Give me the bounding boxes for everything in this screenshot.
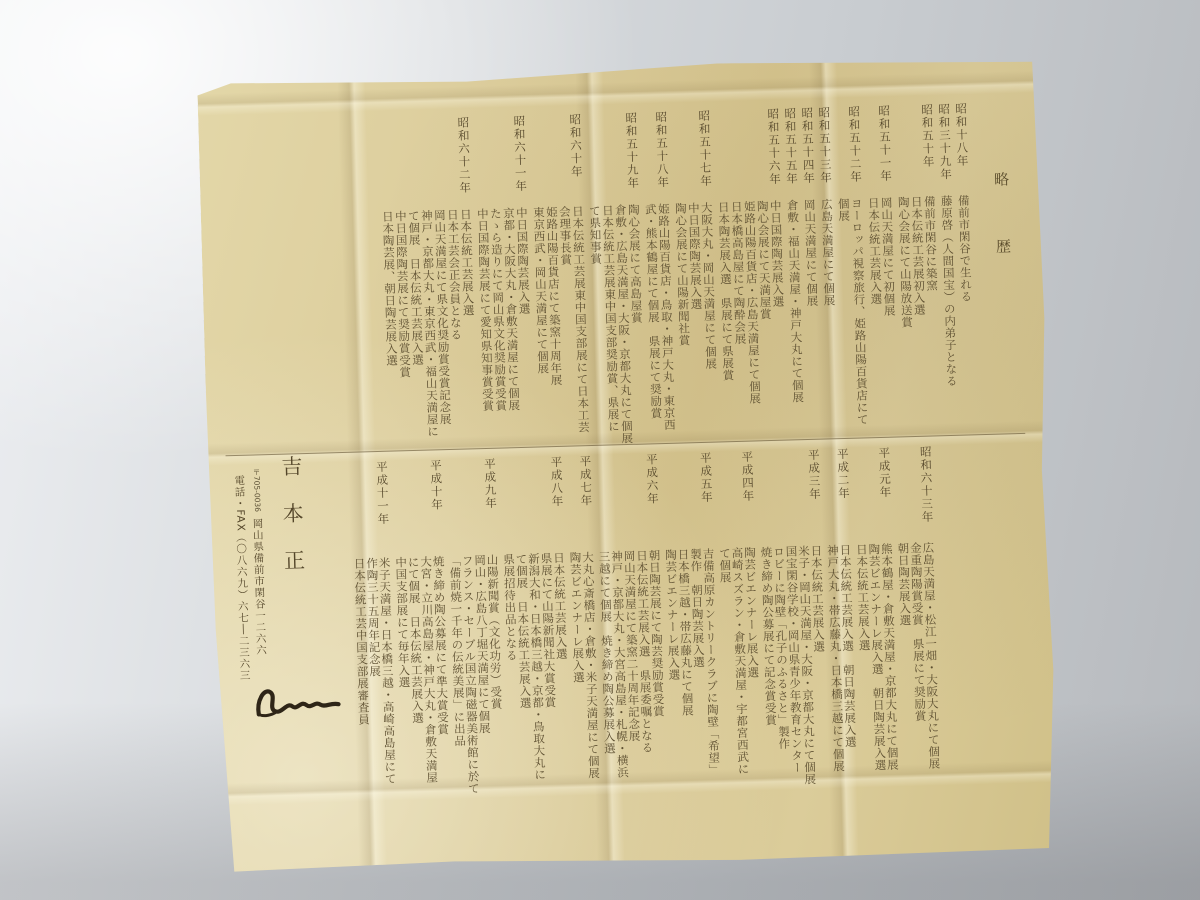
document-title: 略歴: [989, 101, 1020, 455]
entry-year: 昭和五十年: [920, 103, 935, 168]
entry-line: 備前市閑谷で生れる: [957, 194, 974, 302]
heisei-section: 昭和六十三年広島天満屋・松江一畑・大阪大丸にて個展金重陶陽賞受賞 県展にて奨励賞…: [346, 446, 943, 868]
heisei-entry: 平成三年日本伝統工芸展入選米子・岡山天満屋・大阪・京都大丸にて個展国宝閑谷学校・…: [757, 449, 831, 857]
postal-code: 〒705-0036: [251, 468, 263, 512]
entry-year: 平成十一年: [375, 461, 389, 526]
heisei-entry: 平成元年熊本鶴屋・倉敷天満屋・京都大丸にて個展陶芸ビエンナーレ展入選 朝日陶芸展…: [853, 447, 902, 854]
entry-year: 昭和六十一年: [512, 115, 527, 193]
showa-entry: 昭和五十年備前市閑谷に築窯日本伝統工芸展初入選陶心会展にて山陽放送賞: [894, 103, 943, 458]
biography-paper: 略歴 昭和十八年備前市閑谷で生れる昭和三十九年藤原啓（人間国宝）の内弟子となる昭…: [197, 54, 1061, 877]
heisei-entries: 昭和六十三年広島天満屋・松江一畑・大阪大丸にて個展金重陶陽賞受賞 県展にて奨励賞…: [350, 446, 943, 868]
heisei-entry: 平成五年吉備高原カントリークラブに陶壁「希望」製作 朝日陶芸展入選日本橋三越・帯…: [662, 452, 723, 859]
entry-year: 昭和五十六年: [766, 108, 781, 186]
entry-year: 昭和五十三年: [817, 106, 832, 184]
entry-year: 昭和五十九年: [624, 112, 639, 190]
heisei-entry: 平成四年陶芸ビエンナーレ展入選高崎スズラン・倉敷天満屋・宇都宮西武にて個展: [716, 451, 765, 858]
entry-line: て個展: [718, 547, 733, 583]
entry-year: 平成八年: [550, 456, 564, 508]
showa-entry: 昭和六十一年中日国際陶芸展入選京都・大阪大丸・倉敷天満屋にて個展たゝら造りにて岡…: [473, 115, 535, 470]
heisei-entry: 平成十年焼き締め陶公募展にて準大賞受賞大宮・立川高島屋・神戸大丸・倉敷天満屋にて…: [392, 459, 453, 866]
showa-entry: 昭和五十六年中日国際陶芸展入選陶心会展にて天満屋賞姫路山陽百貨店・広島天満屋にて…: [714, 108, 789, 464]
entry-year: 平成十年: [429, 459, 443, 511]
showa-entry: 昭和六十年日本伝統工芸展東中国支部展にて日本工芸会理事長賞姫路山陽百貨店にて築窯…: [529, 113, 591, 468]
entry-line: 県展招待出品となる: [502, 553, 519, 661]
heisei-entry: 平成十一年米子天満屋・日本橋三越・高崎高島屋にて作陶三十五周年記念展日本伝統工芸…: [350, 461, 399, 868]
entry-line: て県知事賞: [588, 205, 604, 265]
entry-year: 平成三年: [807, 449, 821, 501]
heisei-entry: 平成六年朝日陶芸展にて陶芸奨励賞受賞日本伝統工芸展入選 県展委嘱となる岡山天満屋…: [595, 453, 669, 861]
entry-year: 平成五年: [699, 452, 713, 504]
entry-line: 日本伝統工芸展入選: [867, 197, 884, 305]
entry-year: 昭和十八年: [954, 102, 969, 167]
address-text: 岡山県備前市閑谷一二六六: [251, 518, 267, 656]
entry-year: 平成四年: [741, 451, 755, 503]
entry-line: 広島天満屋にて個展: [820, 198, 837, 306]
handwritten-kao-mark: [248, 676, 349, 729]
entry-year: 平成七年: [579, 455, 593, 507]
entry-year: 平成六年: [645, 453, 659, 505]
heisei-entry: 平成八年日本伝統工芸展入選県展にて山陽新聞社大賞受賞新潟大和・日本橋三越・京都・…: [500, 456, 574, 864]
entry-year: 昭和六十二年: [456, 116, 471, 194]
entry-year: 平成二年: [836, 448, 850, 500]
showa-entry: 昭和六十二年日本伝統工芸展入選日本工芸会正会員となる岡山天満屋にて県文化奨励賞受…: [378, 116, 479, 472]
entry-line: 日本伝統工芸展入選: [855, 543, 872, 651]
entry-line: 藤原啓（人間国宝）の内弟子となる: [940, 195, 959, 387]
entry-line: 岡山天満屋にて個展: [803, 199, 820, 307]
showa-section: 略歴 昭和十八年備前市閑谷で生れる昭和三十九年藤原啓（人間国宝）の内弟子となる昭…: [374, 101, 1020, 473]
entry-year: 平成九年: [483, 458, 497, 510]
heisei-entry: 平成九年山陽新聞賞（文化功労）受賞岡山・広島八丁堀天満屋にて個展フランス・セーブ…: [446, 458, 507, 865]
showa-entries: 昭和十八年備前市閑谷で生れる昭和三十九年藤原啓（人間国宝）の内弟子となる昭和五十…: [378, 102, 977, 472]
entry-year: 昭和五十二年: [847, 105, 862, 183]
entry-year: 昭和五十四年: [800, 107, 815, 185]
entry-year: 昭和六十年: [568, 113, 583, 178]
entry-year: 昭和六十三年: [919, 446, 934, 524]
entry-year: 昭和五十一年: [877, 105, 892, 183]
showa-entry: 昭和五十七年大阪大丸・岡山天満屋にて個展中日国際陶芸展入選陶心会展にて山陽新聞社…: [671, 110, 720, 465]
heisei-entry: 昭和六十三年広島天満屋・松江一畑・大阪大丸にて個展金重陶陽賞受賞 県展にて奨励賞…: [894, 446, 943, 853]
entry-year: 昭和五十七年: [697, 110, 712, 188]
entry-line: 個展: [837, 198, 852, 222]
entry-year: 昭和五十八年: [654, 111, 669, 189]
entry-line: 朝日陶芸展入選: [896, 542, 912, 626]
entry-year: 昭和三十九年: [937, 103, 952, 181]
entry-year: 平成元年: [878, 447, 892, 499]
photo-background: 略歴 昭和十八年備前市閑谷で生れる昭和三十九年藤原啓（人間国宝）の内弟子となる昭…: [0, 0, 1200, 900]
showa-entry: 昭和五十九年陶心会展にて高島屋賞倉敷・広島天満屋・大阪・京都大丸にて個展日本伝統…: [585, 112, 647, 467]
entry-year: 昭和五十五年: [783, 107, 798, 185]
entry-line: 倉敷・福山天満屋・神戸大丸にて個展: [786, 199, 806, 403]
